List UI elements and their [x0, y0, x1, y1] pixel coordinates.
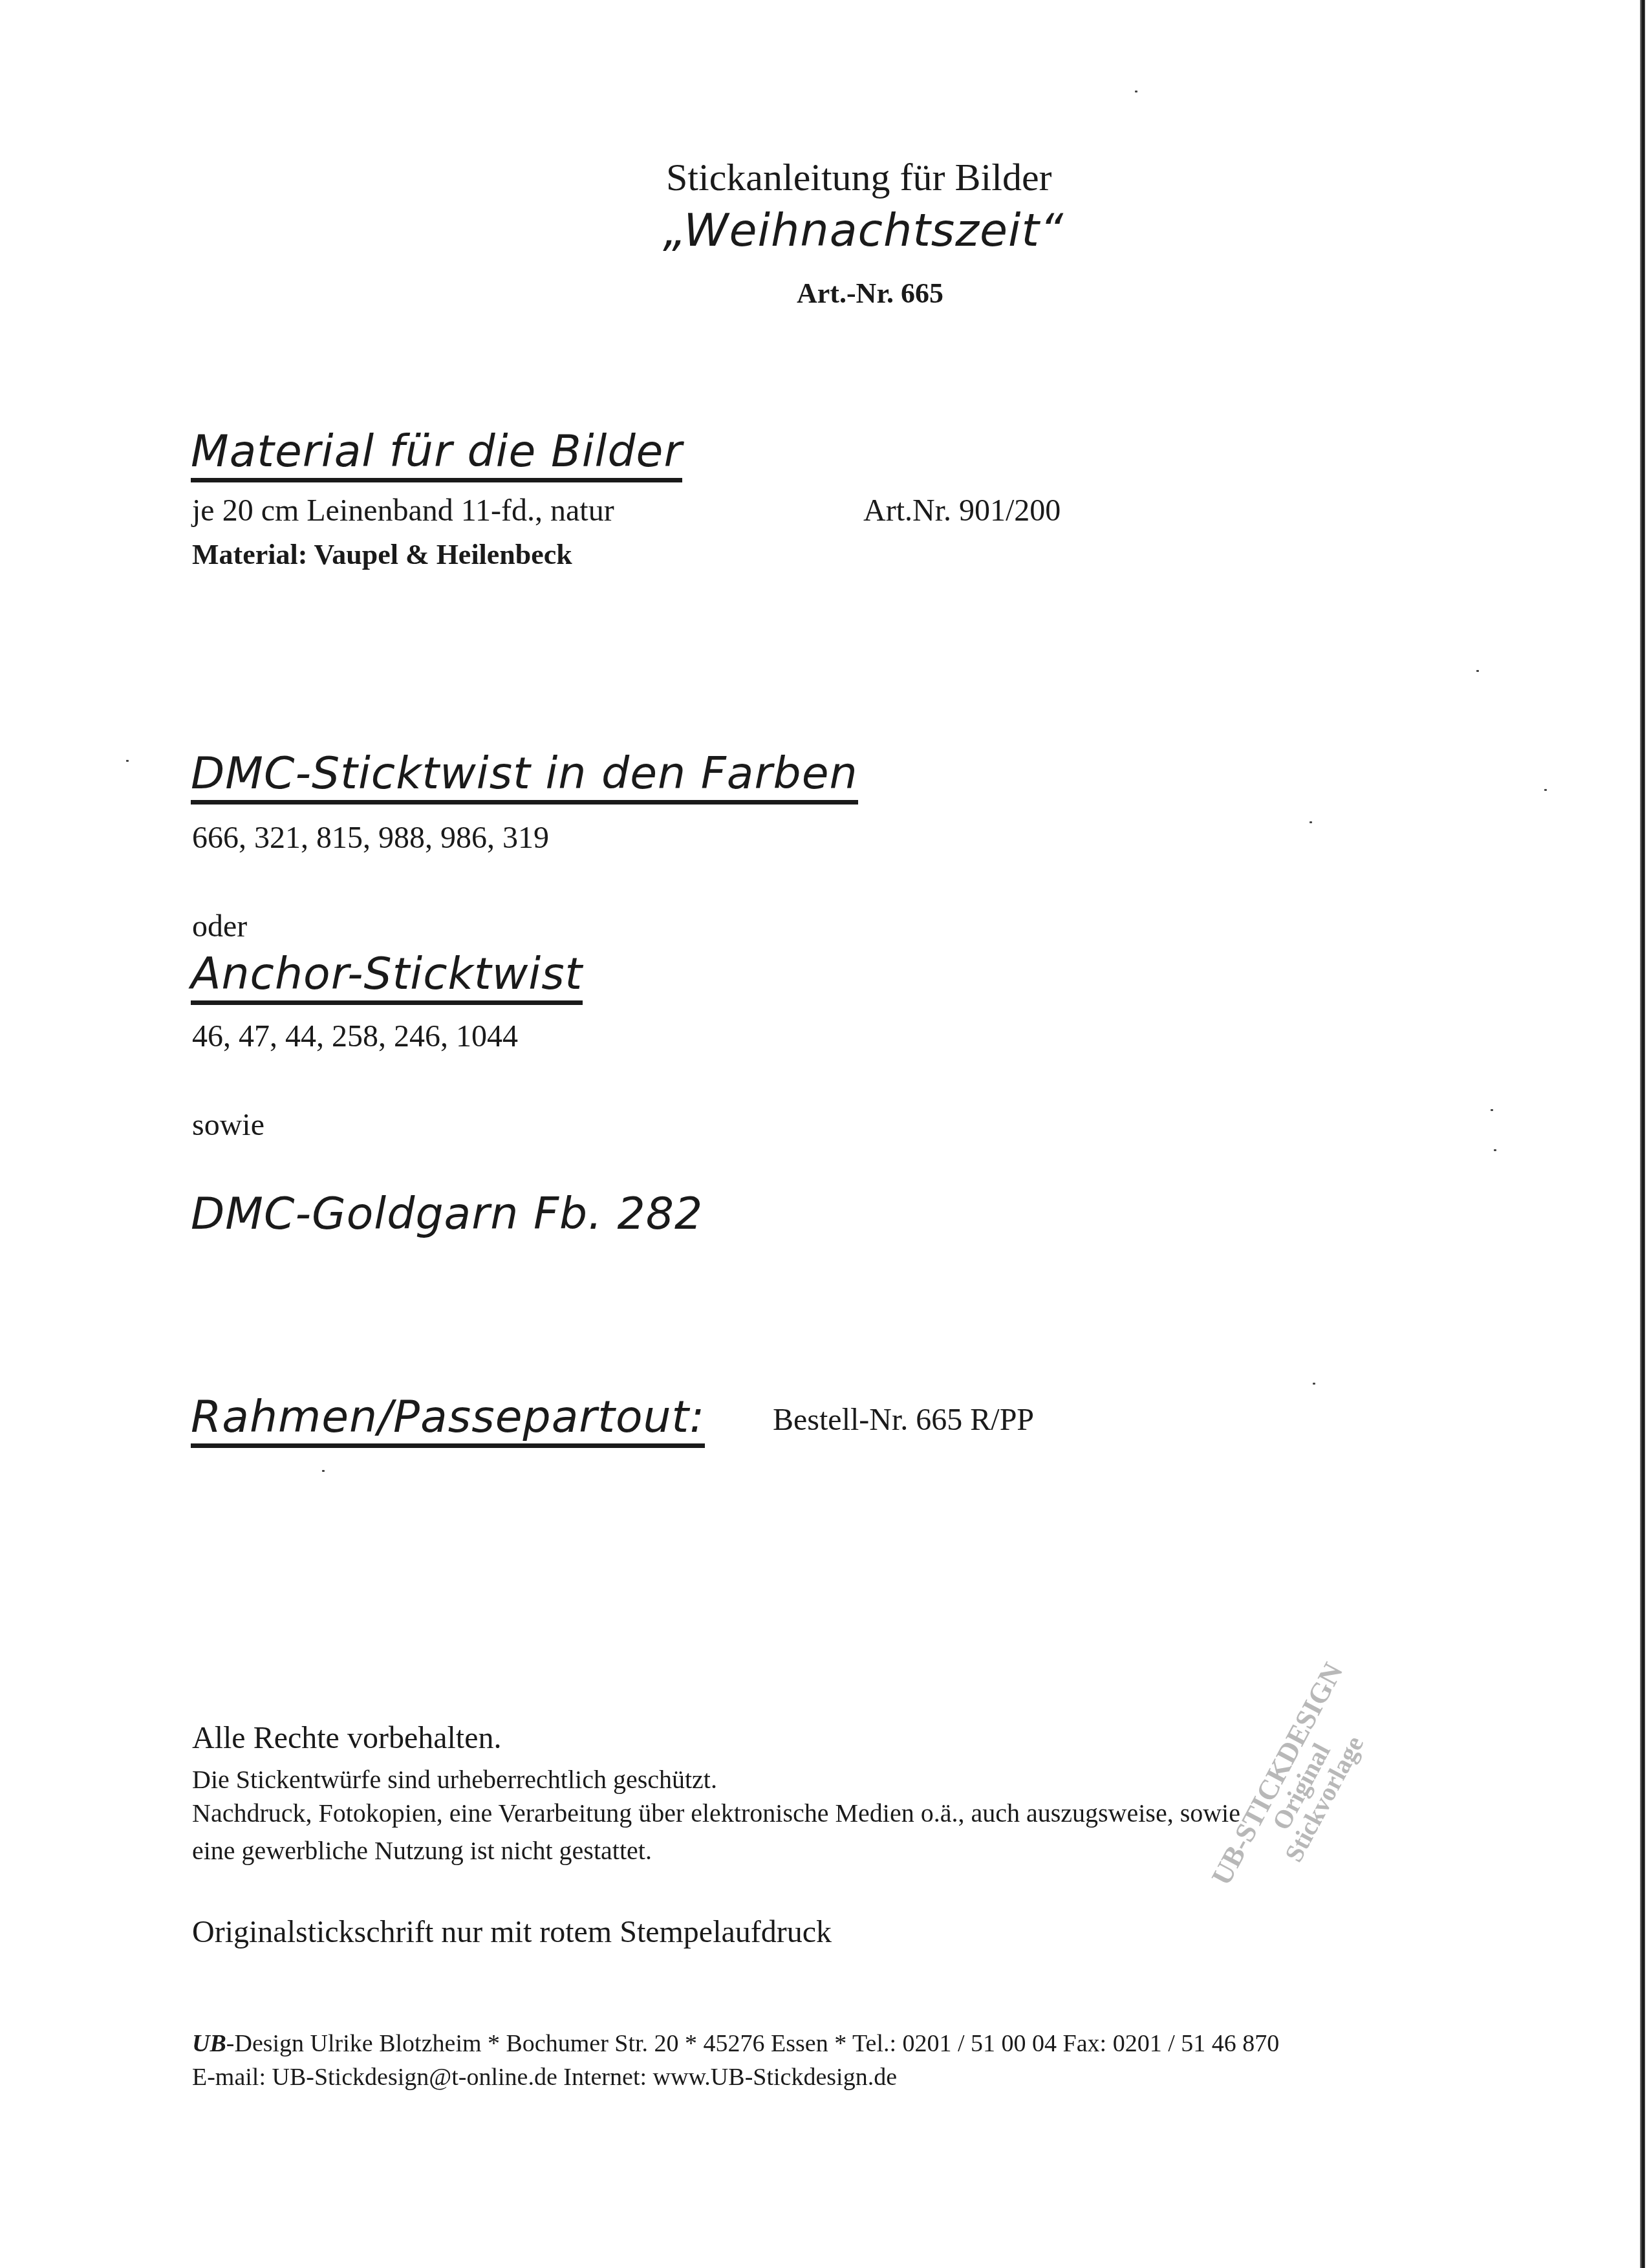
- material-description: je 20 cm Leinenband 11-fd., natur: [192, 493, 614, 528]
- material-supplier: Material: Vaupel & Heilenbeck: [192, 538, 572, 571]
- footer-brand: UB: [192, 2030, 226, 2057]
- dmc-color-list: 666, 321, 815, 988, 986, 319: [192, 820, 549, 856]
- dmc-heading: DMC-Sticktwist in den Farben: [191, 750, 858, 805]
- material-article-number: Art.Nr. 901/200: [863, 493, 1061, 528]
- scan-speck: [1544, 789, 1547, 791]
- gold-thread-heading: DMC-Goldgarn Fb. 282: [191, 1189, 703, 1240]
- footer-address-text: -Design Ulrike Blotzheim * Bochumer Str.…: [226, 2030, 1279, 2057]
- original-note: Originalstickschrift nur mit rotem Stemp…: [192, 1914, 832, 1950]
- scan-speck: [1309, 821, 1312, 823]
- anchor-heading: Anchor-Sticktwist: [191, 951, 583, 1005]
- scan-speck: [1476, 670, 1479, 672]
- legal-line: Nachdruck, Fotokopien, eine Verarbeitung…: [192, 1798, 1240, 1828]
- frame-order-number: Bestell-Nr. 665 R/PP: [773, 1402, 1034, 1438]
- legal-line: Die Stickentwürfe sind urheberrechtlich …: [192, 1764, 717, 1795]
- connector-or: oder: [192, 909, 247, 944]
- scan-speck: [126, 760, 129, 762]
- frame-heading: Rahmen/Passepartout:: [191, 1394, 705, 1448]
- anchor-color-list: 46, 47, 44, 258, 246, 1044: [192, 1019, 518, 1054]
- scan-speck: [1135, 91, 1137, 92]
- rights-title: Alle Rechte vorbehalten.: [192, 1720, 501, 1756]
- scan-speck: [1494, 1149, 1496, 1151]
- connector-also: sowie: [192, 1107, 264, 1143]
- footer-address: UB-Design Ulrike Blotzheim * Bochumer St…: [192, 2029, 1279, 2058]
- document-title: Stickanleitung für Bilder: [666, 155, 1052, 200]
- scan-speck: [322, 1470, 325, 1472]
- document-subtitle: „Weihnachtszeit“: [663, 204, 1064, 257]
- original-stamp: UB-STICKDESIGN Original Stickvorlage: [1207, 1658, 1394, 1914]
- material-heading: Material für die Bilder: [191, 428, 682, 482]
- scan-edge: [1640, 0, 1645, 2268]
- article-number: Art.-Nr. 665: [797, 277, 943, 310]
- scan-speck: [1491, 1109, 1493, 1111]
- footer-contact: E-mail: UB-Stickdesign@t-online.de Inter…: [192, 2063, 897, 2091]
- legal-line: eine gewerbliche Nutzung ist nicht gesta…: [192, 1835, 652, 1866]
- scan-speck: [1313, 1383, 1315, 1385]
